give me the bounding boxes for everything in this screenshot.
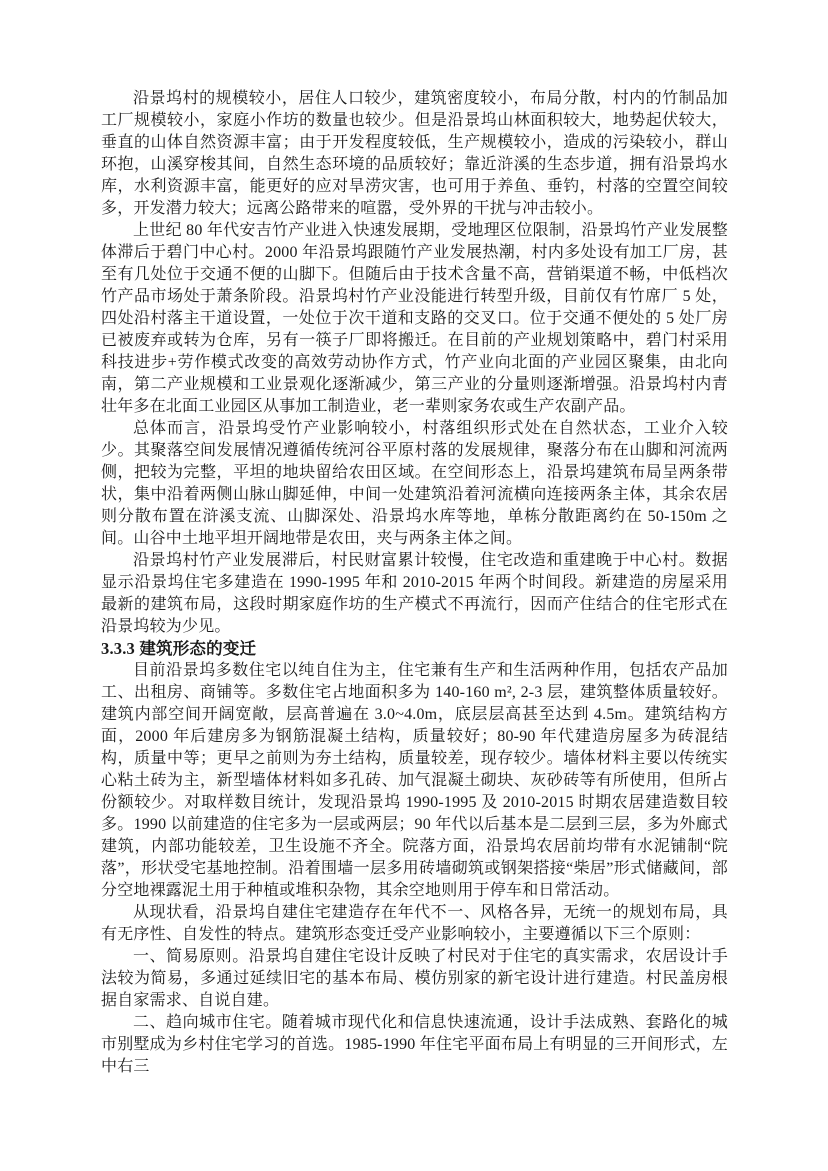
- paragraph: 一、简易原则。沿景坞自建住宅设计反映了村民对于住宅的真实需求，农居设计手法较为简…: [101, 946, 728, 1012]
- section-heading: 3.3.3 建筑形态的变迁: [101, 638, 728, 660]
- paragraph: 沿景坞村的规模较小，居住人口较少，建筑密度较小，布局分散，村内的竹制品加工厂规模…: [101, 88, 728, 220]
- paragraph: 从现状看，沿景坞自建住宅建造存在年代不一、风格各异，无统一的规划布局，具有无序性…: [101, 902, 728, 946]
- paragraph: 二、趋向城市住宅。随着城市现代化和信息快速流通，设计手法成熟、套路化的城市别墅成…: [101, 1012, 728, 1078]
- paragraph: 总体而言，沿景坞受竹产业影响较小，村落组织形式处在自然状态，工业介入较少。其聚落…: [101, 418, 728, 550]
- paragraph: 上世纪 80 年代安吉竹产业进入快速发展期，受地理区位限制，沿景坞竹产业发展整体…: [101, 220, 728, 418]
- document-body: 沿景坞村的规模较小，居住人口较少，建筑密度较小，布局分散，村内的竹制品加工厂规模…: [101, 88, 728, 1078]
- paragraph: 沿景坞村竹产业发展滞后，村民财富累计较慢，住宅改造和重建晚于中心村。数据显示沿景…: [101, 550, 728, 638]
- paragraph: 目前沿景坞多数住宅以纯自住为主，住宅兼有生产和生活两种作用，包括农产品加工、出租…: [101, 660, 728, 902]
- document-page: 沿景坞村的规模较小，居住人口较少，建筑密度较小，布局分散，村内的竹制品加工厂规模…: [0, 0, 828, 1171]
